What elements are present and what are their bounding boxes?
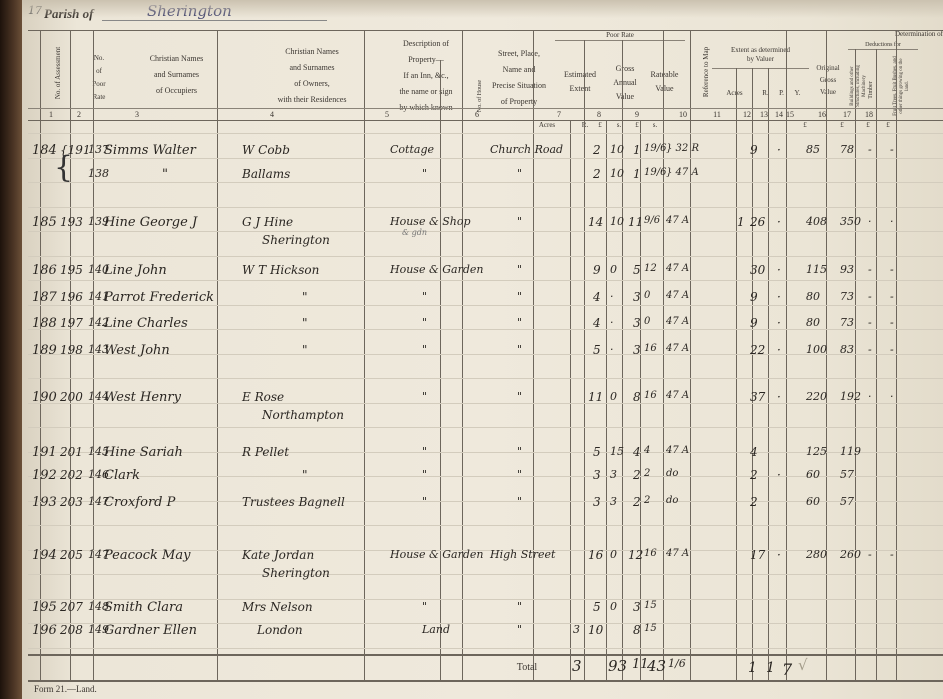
valuer-p: 9 bbox=[750, 290, 758, 304]
property-description: " bbox=[422, 600, 427, 613]
header-poor-rate: Poor Rate bbox=[555, 31, 685, 40]
poor-rate-number: 197 bbox=[60, 316, 83, 330]
map-reference: 47 A bbox=[666, 290, 689, 301]
rateable-pounds: 3 bbox=[633, 290, 641, 304]
rateable-pounds: 11 bbox=[628, 215, 643, 229]
column-rule bbox=[690, 30, 691, 680]
map-reference: 47 A bbox=[666, 215, 689, 226]
estimated-acres: 3 bbox=[573, 623, 580, 636]
rateable-shillings: 16 bbox=[644, 390, 657, 401]
gross-pounds: 14 bbox=[588, 215, 603, 229]
header-rateable-value: RateableValue bbox=[644, 68, 685, 96]
poor-rate-number: 195 bbox=[60, 263, 83, 277]
gross-pounds: 3 bbox=[593, 495, 601, 509]
column-rule bbox=[440, 60, 441, 680]
timber-deduction: - bbox=[868, 343, 872, 356]
property-description: House & Garden bbox=[390, 263, 483, 276]
gross-pounds: 2 bbox=[593, 143, 601, 157]
rateable-shillings: 16 bbox=[644, 343, 657, 354]
ruled-line bbox=[28, 427, 943, 428]
original-gross-value: 115 bbox=[806, 263, 827, 276]
unit-label: s. bbox=[609, 122, 629, 129]
valuer-y: · bbox=[777, 390, 781, 404]
page-shadow bbox=[22, 0, 943, 18]
ruled-line bbox=[28, 231, 943, 232]
property-description: " bbox=[422, 445, 427, 458]
gross-pounds: 5 bbox=[593, 600, 601, 614]
header-r: R. bbox=[758, 90, 773, 97]
valuer-p: 22 bbox=[750, 343, 765, 357]
street: Church Road bbox=[490, 143, 563, 156]
buildings-deduction: 78 bbox=[840, 143, 854, 156]
owner-name: Mrs Nelson bbox=[242, 600, 313, 614]
valuer-p: 30 bbox=[750, 263, 765, 277]
gross-pounds: 3 bbox=[593, 468, 601, 482]
property-description: " bbox=[422, 167, 427, 180]
deductions-rule bbox=[848, 49, 918, 50]
total-p: 7 bbox=[782, 660, 792, 679]
assessment-number: 193 bbox=[32, 495, 57, 510]
gross-pounds: 9 bbox=[593, 263, 601, 277]
header-estimated-extent: EstimatedExtent bbox=[555, 68, 605, 96]
original-gross-value: 85 bbox=[806, 143, 820, 156]
gross-pounds: 11 bbox=[588, 390, 603, 404]
ruled-line bbox=[28, 207, 943, 208]
column-number: 9 bbox=[630, 110, 644, 119]
header-extent-valuer: Extent as determinedby Valuer bbox=[712, 46, 809, 64]
property-description: " bbox=[422, 316, 427, 329]
occupier-name: Clark bbox=[104, 468, 140, 483]
valuer-y: · bbox=[777, 263, 781, 277]
column-rule bbox=[896, 30, 897, 680]
gross-pounds: 5 bbox=[593, 343, 601, 357]
street: " bbox=[517, 263, 522, 276]
original-gross-value: 220 bbox=[806, 390, 827, 403]
column-number: 3 bbox=[130, 110, 144, 119]
original-gross-value: 280 bbox=[806, 548, 827, 561]
valuer-acres: 1 bbox=[737, 215, 745, 229]
fruit-deduction: · bbox=[890, 390, 894, 403]
occupier-name: Simms Walter bbox=[104, 143, 196, 158]
property-description: House & Shop bbox=[390, 215, 471, 228]
header-deductions: Deductions for bbox=[848, 42, 918, 49]
gross-shillings: · bbox=[610, 290, 614, 303]
unit-label: £ bbox=[627, 122, 647, 129]
column-number: 8 bbox=[592, 110, 606, 119]
gross-shillings: 10 bbox=[610, 167, 624, 180]
street: " bbox=[517, 600, 522, 613]
column-number: 2 bbox=[72, 110, 86, 119]
occupier-name: Smith Clara bbox=[104, 600, 183, 615]
valuer-p: 4 bbox=[750, 445, 758, 459]
rateable-pounds: 4 bbox=[633, 445, 641, 459]
column-rule bbox=[736, 68, 737, 680]
buildings-deduction: 73 bbox=[840, 290, 854, 303]
rateable-pounds: 8 bbox=[633, 623, 641, 637]
column-number: 7 bbox=[552, 110, 566, 119]
gross-shillings: 10 bbox=[610, 143, 624, 156]
rateable-shillings: 15 bbox=[644, 600, 657, 611]
gross-pounds: 16 bbox=[588, 548, 603, 562]
gross-shillings: 15 bbox=[610, 445, 624, 458]
column-rule bbox=[663, 30, 664, 680]
fruit-deduction: - bbox=[890, 143, 894, 156]
gross-shillings: 10 bbox=[610, 215, 624, 228]
column-number: 17 bbox=[840, 110, 854, 119]
ruled-line bbox=[28, 574, 943, 575]
rateable-shillings: 0 bbox=[644, 290, 650, 301]
street: " bbox=[517, 623, 522, 636]
ruled-line bbox=[28, 158, 943, 159]
gross-shillings: 0 bbox=[610, 390, 617, 403]
poor-rate-number: 201 bbox=[60, 445, 83, 459]
timber-deduction: - bbox=[868, 316, 872, 329]
valuer-y: · bbox=[777, 143, 781, 157]
assessment-number: 189 bbox=[32, 343, 57, 358]
total-gross-pounds: 93 bbox=[608, 657, 627, 675]
valuer-y: · bbox=[777, 548, 781, 562]
column-number: 11 bbox=[710, 110, 724, 119]
total-label: Total bbox=[502, 662, 552, 673]
assessment-number: 191 bbox=[32, 445, 57, 460]
header-top-rule bbox=[28, 30, 943, 31]
header-description: Description ofProperty—If an Inn, &c.,th… bbox=[386, 36, 466, 116]
fruit-deduction: - bbox=[890, 290, 894, 303]
original-gross-value: 60 bbox=[806, 495, 820, 508]
map-reference: 47 A bbox=[666, 316, 689, 327]
occupier-name: Gardner Ellen bbox=[104, 623, 197, 638]
owner-name: " bbox=[302, 468, 308, 482]
owner-residence: Sherington bbox=[262, 233, 330, 247]
gross-shillings: 0 bbox=[610, 548, 617, 561]
total-est-acres: 3 bbox=[572, 657, 582, 675]
ruled-line bbox=[28, 525, 943, 526]
owner-name: W Cobb bbox=[242, 143, 290, 157]
poor-rate-number: 208 bbox=[60, 623, 83, 637]
header-street: Street, Place,Name andPrecise Situationo… bbox=[484, 46, 554, 110]
valuer-p: 26 bbox=[750, 215, 765, 229]
property-description: Land bbox=[422, 623, 450, 636]
assessment-number: 195 bbox=[32, 600, 57, 615]
column-rule bbox=[606, 120, 607, 680]
street: " bbox=[517, 316, 522, 329]
row-group-brace: { bbox=[54, 150, 73, 185]
buildings-deduction: 57 bbox=[840, 468, 854, 481]
map-reference: } 47 A bbox=[666, 167, 699, 178]
fruit-deduction: - bbox=[890, 548, 894, 561]
column-number: 10 bbox=[676, 110, 690, 119]
poor-rate-number: 205 bbox=[60, 548, 83, 562]
header-timber: Timber bbox=[868, 75, 876, 105]
occupier-name: Line Charles bbox=[104, 316, 188, 331]
timber-deduction: - bbox=[868, 143, 872, 156]
street: " bbox=[517, 343, 522, 356]
assessment-number: 196 bbox=[32, 623, 57, 638]
column-number: 4 bbox=[265, 110, 279, 119]
property-description: " bbox=[422, 495, 427, 508]
rateable-shillings: 2 bbox=[644, 468, 650, 479]
rateable-shillings: 12 bbox=[644, 263, 657, 274]
column-rule bbox=[217, 30, 218, 680]
property-description: " bbox=[422, 343, 427, 356]
property-description: " bbox=[422, 468, 427, 481]
form-label: Form 21.—Land. bbox=[34, 684, 97, 694]
ruled-line bbox=[28, 378, 943, 379]
occupier-name: Hine George J bbox=[104, 215, 197, 230]
poor-rate-number: 198 bbox=[60, 343, 83, 357]
street: " bbox=[517, 468, 522, 481]
occupier-name: Parrot Frederick bbox=[104, 290, 214, 305]
rateable-shillings: 0 bbox=[644, 316, 650, 327]
unit-label: s. bbox=[645, 122, 665, 129]
buildings-deduction: 93 bbox=[840, 263, 854, 276]
rateable-pounds: 2 bbox=[633, 495, 641, 509]
rateable-shillings: 9/6 bbox=[644, 215, 660, 226]
buildings-deduction: 260 bbox=[840, 548, 861, 561]
gross-shillings: 3 bbox=[610, 495, 617, 508]
buildings-deduction: 119 bbox=[840, 445, 861, 458]
owner-name: " bbox=[302, 316, 308, 330]
map-reference: do bbox=[666, 468, 678, 479]
gross-shillings: · bbox=[610, 343, 614, 356]
rate-number: 138 bbox=[88, 167, 109, 180]
gross-shillings: 0 bbox=[610, 263, 617, 276]
owner-name: W T Hickson bbox=[242, 263, 319, 277]
timber-deduction: · bbox=[868, 390, 872, 403]
valuer-y: · bbox=[777, 215, 781, 229]
column-number: 1 bbox=[44, 110, 58, 119]
gross-pounds: 2 bbox=[593, 167, 601, 181]
ruled-line bbox=[28, 182, 943, 183]
rateable-shillings: 4 bbox=[644, 445, 650, 456]
total-acres: 1 bbox=[748, 660, 757, 676]
poor-rate-number: 193 bbox=[60, 215, 83, 229]
rateable-pounds: 1 bbox=[633, 167, 641, 181]
buildings-deduction: 57 bbox=[840, 495, 854, 508]
gross-pounds: 10 bbox=[588, 623, 603, 637]
valuer-y: · bbox=[777, 468, 781, 482]
unit-label: £ bbox=[590, 122, 610, 129]
gross-shillings: 0 bbox=[610, 600, 617, 613]
street: " bbox=[517, 495, 522, 508]
owner-residence: Northampton bbox=[262, 408, 344, 422]
original-gross-value: 60 bbox=[806, 468, 820, 481]
column-number: 18 bbox=[862, 110, 876, 119]
property-description: " bbox=[422, 390, 427, 403]
column-rule bbox=[876, 49, 877, 680]
property-description: House & Garden bbox=[390, 548, 483, 561]
total-check-mark: √ bbox=[798, 656, 808, 674]
valuer-p: 37 bbox=[750, 390, 765, 404]
extent-rule bbox=[712, 68, 809, 69]
rateable-pounds: 3 bbox=[633, 343, 641, 357]
property-description: Cottage bbox=[390, 143, 434, 156]
column-rule bbox=[364, 30, 365, 680]
original-gross-value: 125 bbox=[806, 445, 827, 458]
gross-pounds: 4 bbox=[593, 290, 601, 304]
map-reference: do bbox=[666, 495, 678, 506]
map-reference: 47 A bbox=[666, 390, 689, 401]
map-reference: 47 A bbox=[666, 445, 689, 456]
owner-name: Kate Jordan bbox=[242, 548, 314, 562]
rateable-pounds: 8 bbox=[633, 390, 641, 404]
unit-label: Acres bbox=[537, 122, 557, 129]
timber-deduction: - bbox=[868, 263, 872, 276]
fruit-deduction: · bbox=[890, 215, 894, 228]
header-poor-rate-no: No.ofPoorRate bbox=[84, 52, 114, 104]
rateable-shillings: 16 bbox=[644, 548, 657, 559]
property-description-note: & gdn bbox=[402, 228, 427, 237]
owner-name: E Rose bbox=[242, 390, 284, 404]
assessment-number: 186 bbox=[32, 263, 57, 278]
gross-shillings: · bbox=[610, 316, 614, 329]
total-bottom-rule bbox=[28, 680, 943, 682]
street: " bbox=[517, 167, 522, 180]
unit-label: £ bbox=[858, 122, 878, 129]
street: " bbox=[517, 290, 522, 303]
column-rule bbox=[622, 40, 623, 680]
occupier-name: Line John bbox=[104, 263, 167, 278]
header-map-ref: Reference to Map bbox=[703, 42, 711, 102]
original-gross-value: 80 bbox=[806, 316, 820, 329]
gross-pounds: 5 bbox=[593, 445, 601, 459]
poor-rate-number: 207 bbox=[60, 600, 83, 614]
timber-deduction: - bbox=[868, 290, 872, 303]
parish-underline bbox=[102, 20, 327, 21]
ruled-line bbox=[28, 280, 943, 281]
valuer-p: 9 bbox=[750, 143, 758, 157]
total-rate-pounds: 43 bbox=[647, 657, 666, 675]
poor-rate-number: 203 bbox=[60, 495, 83, 509]
header-buildings: Buildings and other Structures, includin… bbox=[850, 56, 870, 116]
valuer-p: 17 bbox=[750, 548, 765, 562]
occupier-name: Croxford P bbox=[104, 495, 175, 510]
rateable-shillings: 19/6 bbox=[644, 167, 666, 178]
header-acres: Acres bbox=[712, 90, 757, 97]
column-rule bbox=[768, 68, 769, 680]
column-rule bbox=[462, 30, 463, 680]
total-r: 1 bbox=[766, 660, 775, 676]
ruled-line bbox=[28, 305, 943, 306]
valuer-y: · bbox=[777, 316, 781, 330]
street: High Street bbox=[490, 548, 555, 561]
column-number: 6 bbox=[470, 110, 484, 119]
original-gross-value: 100 bbox=[806, 343, 827, 356]
ruled-line bbox=[28, 133, 943, 134]
occupier-name: Peacock May bbox=[104, 548, 190, 563]
unit-label: £ bbox=[878, 122, 898, 129]
header-occupiers: Christian Namesand Surnamesof Occupiers bbox=[115, 51, 238, 99]
valuer-p: 9 bbox=[750, 316, 758, 330]
map-reference: 47 A bbox=[666, 548, 689, 559]
poor-rate-rule bbox=[555, 40, 685, 41]
header-determination: Determination of bbox=[852, 30, 943, 39]
gross-shillings: 3 bbox=[610, 468, 617, 481]
header-original-gross: OriginalGrossValue bbox=[808, 62, 848, 98]
unit-label: £ bbox=[795, 122, 815, 129]
ruled-line bbox=[28, 648, 943, 649]
column-rule bbox=[786, 30, 787, 680]
owner-residence: Sherington bbox=[262, 566, 330, 580]
total-rate-shillings: 1/6 bbox=[668, 657, 686, 670]
timber-deduction: · bbox=[868, 215, 872, 228]
buildings-deduction: 83 bbox=[840, 343, 854, 356]
assessment-number: 185 bbox=[32, 215, 57, 230]
colnum-rule bbox=[28, 108, 943, 109]
buildings-deduction: 350 bbox=[840, 215, 861, 228]
rateable-pounds: 12 bbox=[628, 548, 643, 562]
buildings-deduction: 192 bbox=[840, 390, 861, 403]
street: " bbox=[517, 390, 522, 403]
column-number: 5 bbox=[380, 110, 394, 119]
owner-name: " bbox=[302, 343, 308, 357]
header-y: Y. bbox=[790, 90, 805, 97]
unit-label: £ bbox=[832, 122, 852, 129]
occupier-name: Hine Sariah bbox=[104, 445, 183, 460]
rateable-shillings: 2 bbox=[644, 495, 650, 506]
map-reference: 47 A bbox=[666, 343, 689, 354]
valuer-y: · bbox=[777, 290, 781, 304]
owner-name: Ballams bbox=[242, 167, 290, 181]
poor-rate-number: 196 bbox=[60, 290, 83, 304]
header-assessment: No. of Assessment bbox=[54, 43, 64, 103]
buildings-deduction: 73 bbox=[840, 316, 854, 329]
assessment-number: 194 bbox=[32, 548, 57, 563]
owner-name: London bbox=[257, 623, 303, 637]
owner-name: Trustees Bagnell bbox=[242, 495, 345, 509]
assessment-number: 192 bbox=[32, 468, 57, 483]
valuer-y: · bbox=[777, 343, 781, 357]
poor-rate-number: 202 bbox=[60, 468, 83, 482]
original-gross-value: 408 bbox=[806, 215, 827, 228]
fruit-deduction: - bbox=[890, 316, 894, 329]
owner-name: G J Hine bbox=[242, 215, 293, 229]
valuer-p: 2 bbox=[750, 495, 758, 509]
occupier-name: " bbox=[162, 167, 168, 182]
rateable-pounds: 3 bbox=[633, 316, 641, 330]
poor-rate-number: 200 bbox=[60, 390, 83, 404]
rateable-pounds: 2 bbox=[633, 468, 641, 482]
ruled-line bbox=[28, 256, 943, 257]
rateable-pounds: 1 bbox=[633, 143, 641, 157]
map-reference: } 32 R bbox=[666, 143, 699, 154]
column-rule bbox=[533, 30, 534, 680]
book-spine bbox=[0, 0, 22, 699]
original-gross-value: 80 bbox=[806, 290, 820, 303]
rateable-shillings: 19/6 bbox=[644, 143, 666, 154]
header-gross-value: GrossAnnualValue bbox=[606, 62, 644, 104]
occupier-name: West John bbox=[104, 343, 170, 358]
timber-deduction: - bbox=[868, 548, 872, 561]
valuer-p: 2 bbox=[750, 468, 758, 482]
column-rule bbox=[584, 40, 585, 680]
fruit-deduction: - bbox=[890, 343, 894, 356]
gross-pounds: 4 bbox=[593, 316, 601, 330]
assessment-number: 190 bbox=[32, 390, 57, 405]
column-rule bbox=[855, 49, 856, 680]
column-rule bbox=[752, 68, 753, 680]
rateable-pounds: 3 bbox=[633, 600, 641, 614]
property-description: " bbox=[422, 290, 427, 303]
ledger-page: 17 Parish of Sherington No. of Assessmen… bbox=[22, 0, 943, 699]
occupier-name: West Henry bbox=[104, 390, 181, 405]
rateable-pounds: 5 bbox=[633, 263, 641, 277]
assessment-number: 187 bbox=[32, 290, 57, 305]
rateable-shillings: 15 bbox=[644, 623, 657, 634]
owner-name: " bbox=[302, 290, 308, 304]
street: " bbox=[517, 215, 522, 228]
map-reference: 47 A bbox=[666, 263, 689, 274]
